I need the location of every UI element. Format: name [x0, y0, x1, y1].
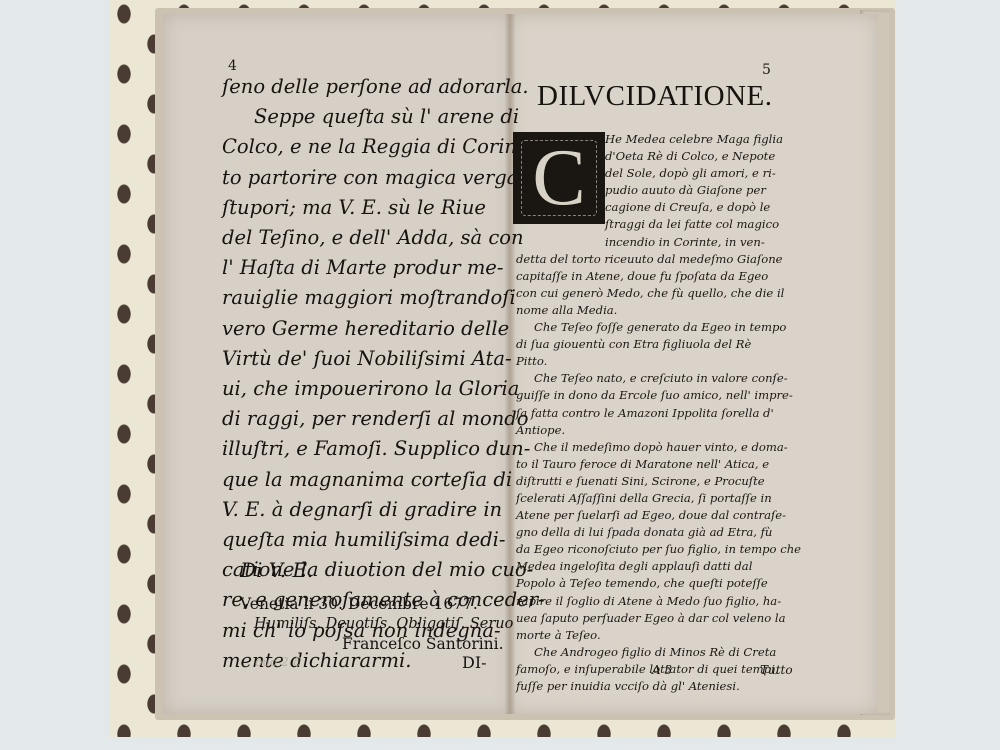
text-line: nome alla Media.	[516, 302, 808, 319]
left-catchword: DI-	[462, 653, 487, 672]
text-line: guiſſe in dono da Ercole ſuo amico, nell…	[516, 387, 808, 404]
text-line: to partorire con magica verga	[222, 163, 512, 193]
text-line: to il Tauro feroce di Maratone nell' Ati…	[516, 456, 808, 473]
text-line: Colco, e ne la Reggia di Corin-	[222, 132, 512, 162]
text-line: ui, che impouerirono la Gloria	[222, 374, 512, 404]
text-line: Seppe queſta sù l' arene di	[222, 102, 512, 132]
text-line: incendio in Corinte, in ven-	[516, 234, 808, 251]
text-line: di ſua giouentù con Etra figliuola del R…	[516, 336, 808, 353]
text-line: Atene per ſuelarſi ad Egeo, doue dal con…	[516, 507, 808, 524]
text-line: fuſſe per inuidia vcciſo dà gl' Ateniesi…	[516, 678, 808, 695]
right-catchword: Tutto	[760, 663, 793, 677]
signature-mark: A 3	[652, 663, 672, 677]
text-line: uea ſaputo perſuader Egeo à dar col vele…	[516, 610, 808, 627]
text-line: del Teſino, e dell' Adda, sà con	[222, 223, 512, 253]
text-line: ſtraggi da lei fatte col magico	[516, 216, 808, 233]
right-page-body: He Medea celebre Maga figliad'Oeta Rè di…	[516, 131, 808, 695]
text-line: Medea ingeloſita degli applauſi datti da…	[516, 558, 808, 575]
show-through-stamp: ouo 2 Ɛ	[255, 655, 300, 669]
text-line: Che Androgeo figlio di Minos Rè di Creta	[516, 644, 808, 661]
text-line: pudio auuto dà Giaſone per	[516, 182, 808, 199]
text-line: morte à Teſeo.	[516, 627, 808, 644]
dateline: Venetia li 30. Decembre 1677.	[240, 595, 478, 613]
text-line: illuſtri, e Famoſi. Supplico dun-	[222, 434, 512, 464]
text-line: l' Haſta di Marte produr me-	[222, 253, 512, 283]
text-line: Popolo à Teſeo temendo, che queſti poteſ…	[516, 575, 808, 592]
text-line: Che Teſeo nato, e creſciuto in valore co…	[516, 370, 808, 387]
text-line: vero Germe hereditario delle	[222, 314, 512, 344]
text-line: ſa fatta contro le Amazoni Ippolita ſore…	[516, 405, 808, 422]
text-line: diſtrutti e ſuenati Sini, Scirone, e Pro…	[516, 473, 808, 490]
closing: Di V. E.	[240, 558, 313, 582]
text-line: rapire il ſoglio di Atene à Medo ſuo fig…	[516, 593, 808, 610]
text-line: que la magnanima corteſia di	[222, 465, 512, 495]
text-line: cagione di Creuſa, e dopò le	[516, 199, 808, 216]
text-line: detta del torto riceuuto dal medeſmo Gia…	[516, 251, 808, 268]
text-line: Antiope.	[516, 422, 808, 439]
text-line: da Egeo riconoſciuto per ſuo figlio, in …	[516, 541, 808, 558]
signature-titles: Humiliſs. Deuotiſs. Obligatiſ. Seruo	[254, 616, 513, 632]
text-line: del Sole, dopò gli amori, e ri-	[516, 165, 808, 182]
signature-name: Franceſco Santorini.	[342, 635, 504, 653]
left-page-body: ſeno delle perſone ad adorarla.Seppe que…	[222, 72, 512, 676]
right-page-number: 5	[762, 62, 771, 78]
text-line: gno della di lui ſpada donata già ad Etr…	[516, 524, 808, 541]
text-line: Che Teſeo foſſe generato da Egeo in temp…	[516, 319, 808, 336]
text-line: di raggi, per renderſi al mondo	[222, 404, 512, 434]
text-line: Che il medeſimo dopò hauer vinto, e doma…	[516, 439, 808, 456]
text-line: rauiglie maggiori moſtrandoſi	[222, 283, 512, 313]
text-line: V. E. à degnarſi di gradire in	[222, 495, 512, 525]
text-line: capitaſſe in Atene, doue fu ſpoſata da E…	[516, 268, 808, 285]
chapter-heading: DILVCIDATIONE.	[537, 80, 773, 113]
text-line: Pitto.	[516, 353, 808, 370]
text-line: ſcelerati Aſſaſſini della Grecia, ſi por…	[516, 490, 808, 507]
text-line: Virtù de' ſuoi Nobiliſsimi Ata-	[222, 344, 512, 374]
text-line: He Medea celebre Maga figlia	[516, 131, 808, 148]
text-line: ſtupori; ma V. E. sù le Riue	[222, 193, 512, 223]
text-line: con cui generò Medo, che fù quello, che …	[516, 285, 808, 302]
text-line: d'Oeta Rè di Colco, e Nepote	[516, 148, 808, 165]
text-line: ſeno delle perſone ad adorarla.	[222, 72, 512, 102]
text-line: queſta mia humiliſsima dedi-	[222, 525, 512, 555]
